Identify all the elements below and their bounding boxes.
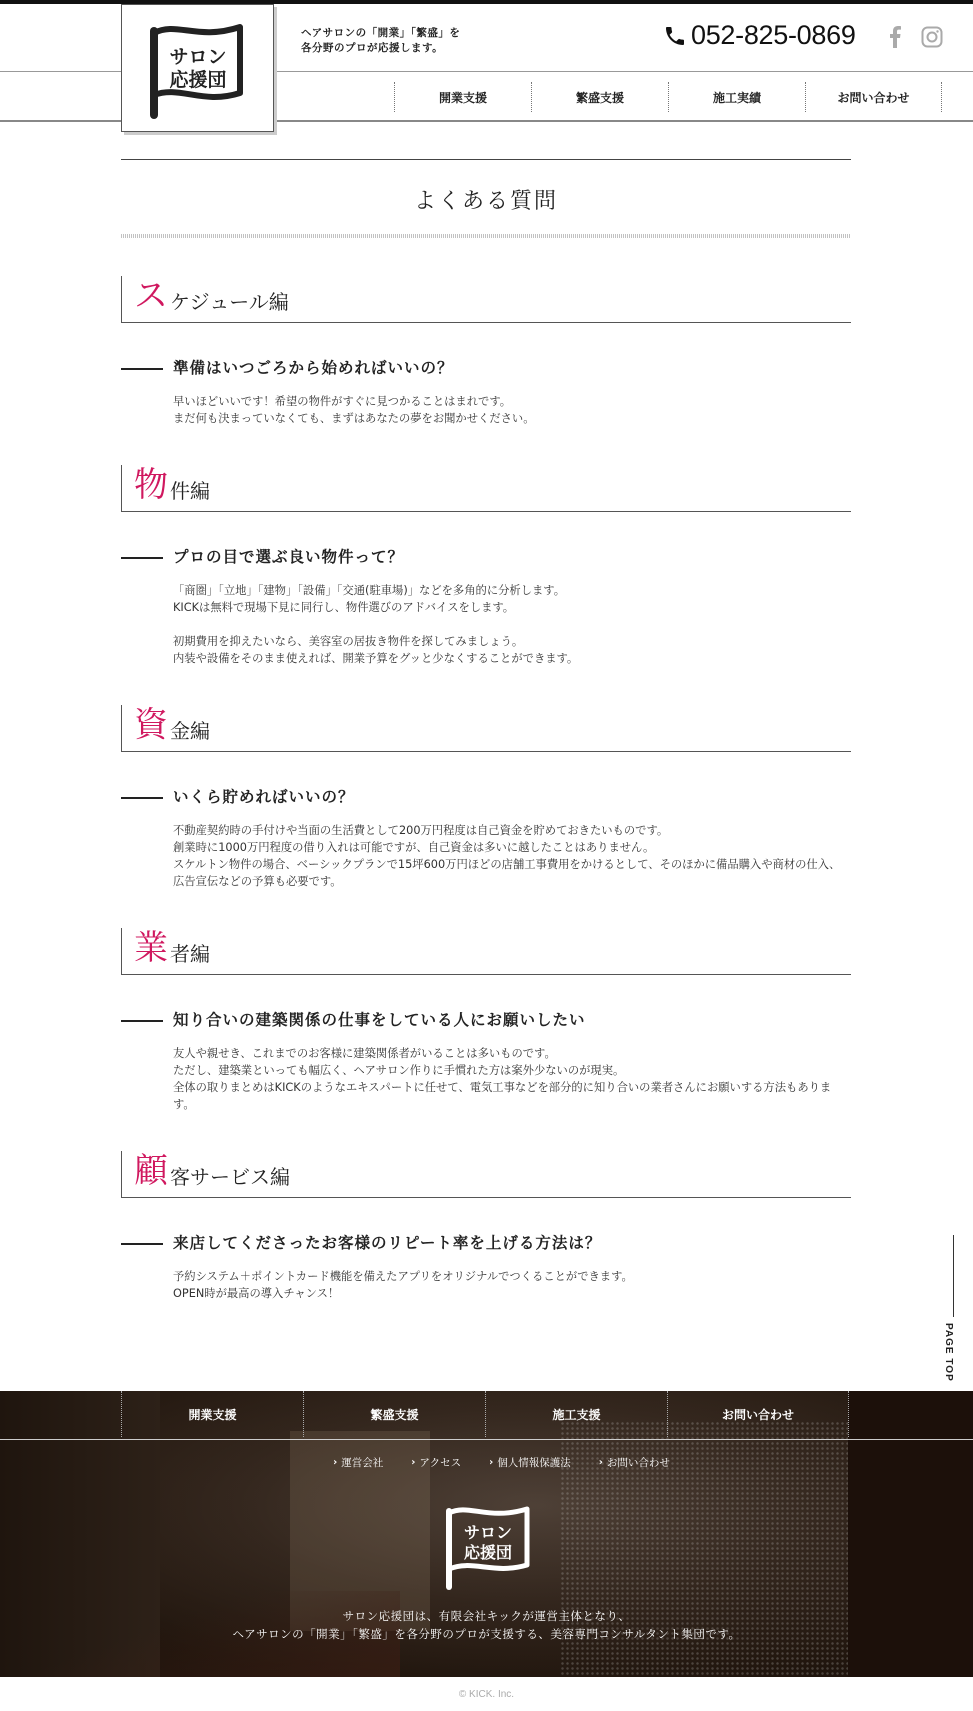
link-label: アクセス (419, 1455, 461, 1470)
link-label: お問い合わせ (607, 1455, 670, 1470)
footer-nav-construction-support[interactable]: 施工支援 (485, 1391, 667, 1437)
copyright: © KICK. Inc. (0, 1689, 973, 1700)
faq-section-funding: 資 金編 いくら貯めればいいの？ 不動産契約時の手付けや当面の生活費として200… (121, 705, 851, 890)
footer-nav-contact[interactable]: お問い合わせ (667, 1391, 849, 1437)
answer-line: 初期費用を抑えたいなら、美容室の居抜き物件を探してみましょう。 (173, 633, 851, 650)
faq-section-schedule: ス ケジュール編 準備はいつごろから始めればいいの？ 早いほどいいです！希望の物… (121, 276, 851, 427)
answer-line: 不動産契約時の手付けや当面の生活費として200万円程度は自己資金を貯めておきたい… (173, 822, 851, 839)
faq-section-contractors: 業 者編 知り合いの建築関係の仕事をしている人にお願いしたい 友人や親せき、これ… (121, 928, 851, 1113)
flag-logo-icon: サロン 応援団 (441, 1503, 533, 1591)
link-label: 個人情報保護法 (497, 1455, 571, 1470)
faq-section-property: 物 件編 プロの目で選ぶ良い物件って？ 「商圏」「立地」「建物」「設備」「交通(… (121, 465, 851, 667)
link-label: 運営会社 (341, 1455, 383, 1470)
svg-text:応援団: 応援団 (464, 1543, 512, 1562)
page-top-button[interactable]: PAGE TOP (933, 1235, 973, 1385)
answer-line: 内装や設備をそのまま使えれば、開業予算をグッと少なくすることができます。 (173, 650, 851, 667)
footer-logo[interactable]: サロン 応援団 (441, 1503, 533, 1595)
footer-nav-prosperity-support[interactable]: 繁盛支援 (303, 1391, 485, 1437)
chevron-right-icon: › (333, 1457, 337, 1468)
footer-link-company[interactable]: ›運営会社 (333, 1455, 383, 1470)
title-dotted-rule (121, 234, 851, 238)
footer-divider (0, 1439, 973, 1440)
section-heading-initial: 業 (134, 931, 168, 965)
chevron-right-icon: › (599, 1457, 603, 1468)
nav-item-works[interactable]: 施工実績 (668, 82, 805, 112)
footer-link-contact[interactable]: ›お問い合わせ (599, 1455, 670, 1470)
nav-item-contact[interactable]: お問い合わせ (805, 82, 942, 112)
answer-line: ただし、建築業といっても幅広く、ヘアサロン作りに手慣れた方は案外少ないのが現実。 (173, 1062, 851, 1079)
section-heading: 資 金編 (121, 705, 851, 752)
faq-item: 準備はいつごろから始めればいいの？ 早いほどいいです！希望の物件がすぐに見つかる… (121, 357, 851, 427)
footer-sub-links: ›運営会社 ›アクセス ›個人情報保護法 ›お問い合わせ (0, 1455, 973, 1470)
phone-link[interactable]: 052-825-0869 (663, 20, 856, 51)
question: 準備はいつごろから始めればいいの？ (173, 357, 851, 379)
site-header: サロン 応援団 ヘアサロンの「開業」「繁盛」を 各分野のプロが応援します。 05… (0, 4, 973, 118)
site-logo[interactable]: サロン 応援団 (121, 4, 274, 132)
global-nav: 開業支援 繁盛支援 施工実績 お問い合わせ (394, 82, 942, 112)
answer-line: 早いほどいいです！希望の物件がすぐに見つかることはまれです。 (173, 393, 851, 410)
section-heading-initial: 物 (134, 468, 168, 502)
section-heading: 物 件編 (121, 465, 851, 512)
answer-line: まだ何も決まっていなくても、まずはあなたの夢をお聞かせください。 (173, 410, 851, 427)
question: いくら貯めればいいの？ (173, 786, 851, 808)
description-line: ヘアサロンの「開業」「繁盛」を各分野のプロが支援する、美容専門コンサルタント集団… (0, 1625, 973, 1643)
nav-item-prosperity-support[interactable]: 繁盛支援 (531, 82, 668, 112)
faq-main: よくある質問 ス ケジュール編 準備はいつごろから始めればいいの？ 早いほどいい… (121, 159, 851, 1302)
answer: 不動産契約時の手付けや当面の生活費として200万円程度は自己資金を貯めておきたい… (173, 822, 851, 890)
description-line: サロン応援団は、有限会社キックが運営主体となり、 (0, 1607, 973, 1625)
page-title-block: よくある質問 (121, 159, 851, 234)
section-heading: ス ケジュール編 (121, 276, 851, 323)
faq-item: いくら貯めればいいの？ 不動産契約時の手付けや当面の生活費として200万円程度は… (121, 786, 851, 890)
section-heading: 顧 客サービス編 (121, 1151, 851, 1198)
instagram-icon[interactable] (921, 26, 943, 52)
page-title: よくある質問 (121, 160, 851, 215)
answer: 予約システム＋ポイントカード機能を備えたアプリをオリジナルでつくることができます… (173, 1268, 851, 1302)
facebook-icon[interactable] (889, 26, 901, 52)
question: 来店してくださったお客様のリピート率を上げる方法は？ (173, 1232, 851, 1254)
faq-item: 知り合いの建築関係の仕事をしている人にお願いしたい 友人や親せき、これまでのお客… (121, 1009, 851, 1113)
answer: 早いほどいいです！希望の物件がすぐに見つかることはまれです。 まだ何も決まってい… (173, 393, 851, 427)
social-links (889, 26, 943, 52)
question-dash (121, 557, 163, 559)
section-heading-initial: 顧 (134, 1154, 168, 1188)
answer-line: 「商圏」「立地」「建物」「設備」「交通(駐車場)」などを多角的に分析します。 (173, 582, 851, 599)
question-dash (121, 1243, 163, 1245)
flag-logo-icon: サロン 応援団 (142, 19, 254, 119)
question: 知り合いの建築関係の仕事をしている人にお願いしたい (173, 1009, 851, 1031)
answer-line: 全体の取りまとめはKICKのようなエキスパートに任せて、電気工事などを部分的に知… (173, 1079, 851, 1113)
question: プロの目で選ぶ良い物件って？ (173, 546, 851, 568)
section-heading-text: ケジュール編 (170, 291, 289, 313)
footer-nav: 開業支援 繁盛支援 施工支援 お問い合わせ (121, 1391, 849, 1437)
question-dash (121, 368, 163, 370)
answer-line: 予約システム＋ポイントカード機能を備えたアプリをオリジナルでつくることができます… (173, 1268, 851, 1285)
faq-item: 来店してくださったお客様のリピート率を上げる方法は？ 予約システム＋ポイントカー… (121, 1232, 851, 1302)
tagline-line-1: ヘアサロンの「開業」「繁盛」を (301, 26, 460, 41)
section-heading-text: 客サービス編 (170, 1166, 290, 1188)
tagline-line-2: 各分野のプロが応援します。 (301, 41, 460, 56)
section-heading-initial: ス (134, 279, 168, 313)
answer-line: 友人や親せき、これまでのお客様に建築関係者がいることは多いものです。 (173, 1045, 851, 1062)
nav-item-opening-support[interactable]: 開業支援 (394, 82, 531, 112)
page-top-line (953, 1235, 954, 1317)
answer-line: OPEN時が最高の導入チャンス！ (173, 1285, 851, 1302)
footer-link-access[interactable]: ›アクセス (411, 1455, 461, 1470)
section-heading-text: 者編 (170, 943, 210, 965)
phone-icon (663, 24, 687, 48)
answer-line: 創業時に1000万円程度の借り入れは可能ですが、自己資金は多いに越したことはあり… (173, 839, 851, 856)
question-dash (121, 1020, 163, 1022)
footer-description: サロン応援団は、有限会社キックが運営主体となり、 ヘアサロンの「開業」「繁盛」を… (0, 1607, 973, 1643)
chevron-right-icon: › (411, 1457, 415, 1468)
answer-line: KICKは無料で現場下見に同行し、物件選びのアドバイスをします。 (173, 599, 851, 616)
answer-line: スケルトン物件の場合、ベーシックプランで15坪600万円ほどの店舗工事費用をかけ… (173, 856, 851, 890)
chevron-right-icon: › (489, 1457, 493, 1468)
section-heading-text: 金編 (170, 720, 210, 742)
phone-number: 052-825-0869 (691, 20, 856, 51)
footer-nav-opening-support[interactable]: 開業支援 (121, 1391, 303, 1437)
faq-item: プロの目で選ぶ良い物件って？ 「商圏」「立地」「建物」「設備」「交通(駐車場)」… (121, 546, 851, 667)
faq-section-customer-service: 顧 客サービス編 来店してくださったお客様のリピート率を上げる方法は？ 予約シス… (121, 1151, 851, 1302)
answer: 友人や親せき、これまでのお客様に建築関係者がいることは多いものです。 ただし、建… (173, 1045, 851, 1113)
site-footer: 開業支援 繁盛支援 施工支援 お問い合わせ ›運営会社 ›アクセス ›個人情報保… (0, 1391, 973, 1677)
answer: 「商圏」「立地」「建物」「設備」「交通(駐車場)」などを多角的に分析します。 K… (173, 582, 851, 667)
section-heading: 業 者編 (121, 928, 851, 975)
answer-spacer (173, 616, 851, 633)
question-dash (121, 797, 163, 799)
section-heading-initial: 資 (134, 708, 168, 742)
footer-link-privacy[interactable]: ›個人情報保護法 (489, 1455, 571, 1470)
svg-text:サロン: サロン (464, 1523, 512, 1542)
svg-text:応援団: 応援団 (169, 68, 226, 91)
section-heading-text: 件編 (170, 480, 210, 502)
page-top-label: PAGE TOP (943, 1323, 954, 1382)
svg-text:サロン: サロン (169, 46, 226, 68)
header-tagline: ヘアサロンの「開業」「繁盛」を 各分野のプロが応援します。 (301, 26, 460, 56)
